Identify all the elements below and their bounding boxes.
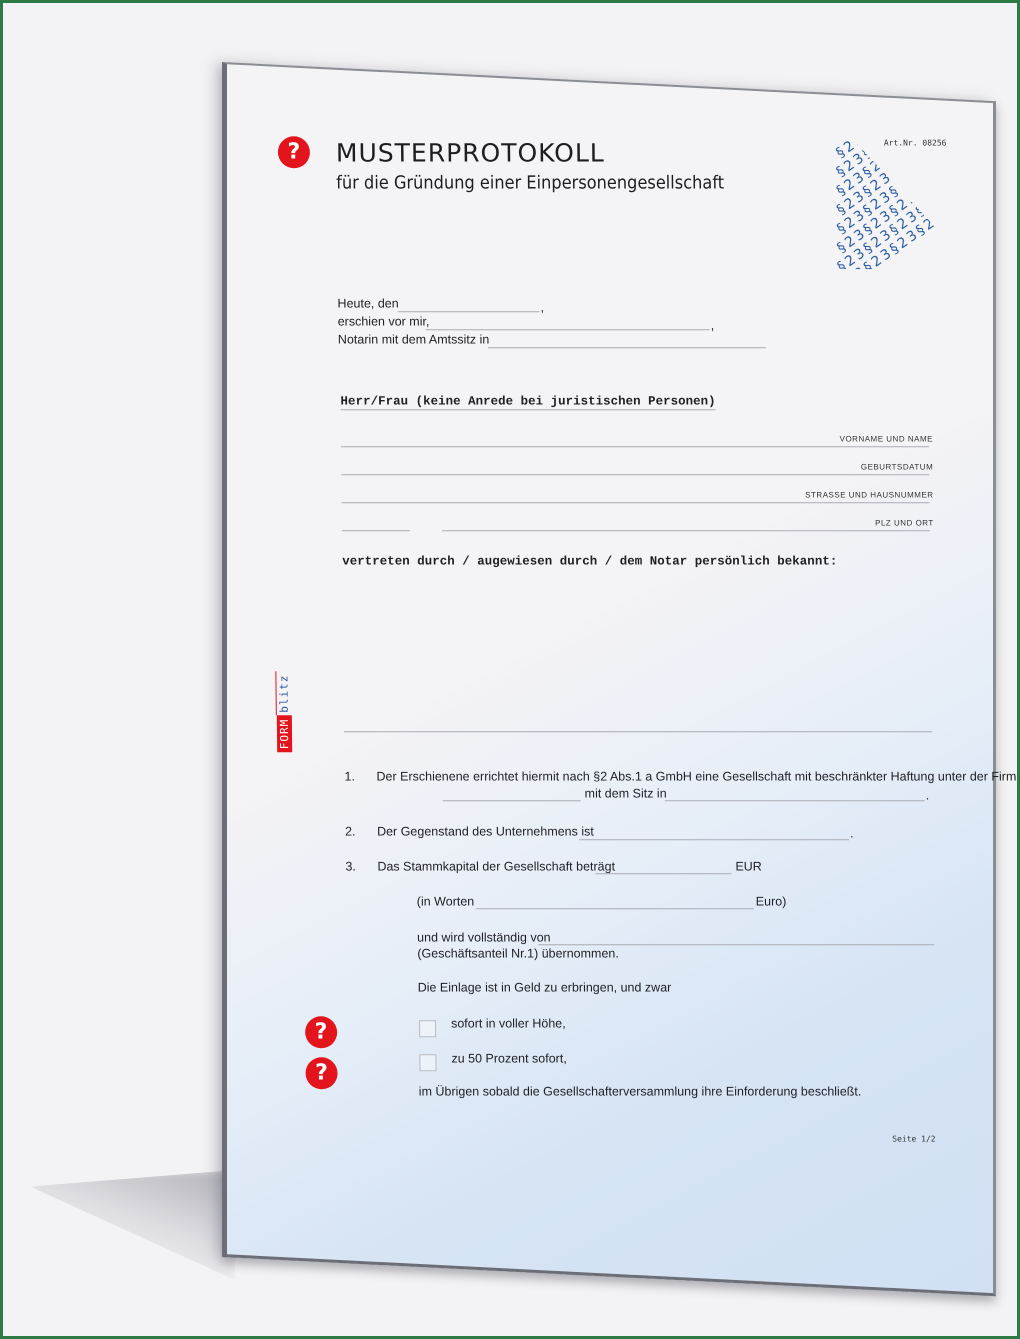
option-full-checkbox[interactable] [419, 1020, 436, 1037]
help-icon[interactable]: ? [305, 1057, 337, 1089]
represented-heading: vertreten durch / augewiesen durch / dem… [342, 554, 837, 568]
section-1-text: Der Erschienene errichtet hiermit nach §… [376, 769, 1020, 783]
notary-seat-field[interactable] [488, 347, 766, 348]
seat-label: Notarin mit dem Amtssitz in [338, 332, 490, 346]
person-heading: Herr/Frau (keine Anrede bei juristischen… [340, 394, 715, 410]
company-seat-field[interactable] [665, 800, 925, 801]
in-words-end: Euro) [756, 894, 787, 908]
period: . [926, 788, 930, 802]
name-field[interactable] [341, 446, 929, 447]
birthdate-field[interactable] [341, 474, 929, 475]
date-field[interactable] [398, 311, 540, 312]
period: . [850, 826, 854, 840]
comma: , [540, 300, 544, 314]
field-label-street: STRASSE UND HAUSNUMMER [805, 490, 933, 499]
page-indicator: Seite 1/2 [892, 1134, 935, 1143]
remainder-text: im Übrigen sobald die Gesellschaftervers… [419, 1084, 862, 1098]
help-icon[interactable]: ? [305, 1016, 337, 1048]
page-shadow [30, 1170, 235, 1280]
takeover-end: (Geschäftsanteil Nr.1) übernommen. [417, 946, 619, 960]
currency-label: EUR [735, 859, 762, 873]
contribution-text: Die Einlage ist in Geld zu erbringen, un… [418, 980, 672, 994]
takeover-label: und wird vollständig von [417, 930, 551, 944]
company-name-field[interactable] [443, 800, 581, 801]
section-number: 2. [345, 824, 356, 838]
city-field[interactable] [442, 530, 930, 531]
comma: , [711, 318, 715, 332]
field-label-birthdate: GEBURTSDATUM [861, 462, 933, 471]
section-number: 1. [344, 769, 355, 783]
representation-field[interactable] [344, 731, 932, 732]
notary-name-field[interactable] [426, 329, 710, 330]
in-words-label: (in Worten [417, 894, 475, 908]
article-number: Art.Nr. 08256 [884, 138, 947, 147]
date-label: Heute, den [337, 296, 398, 310]
capital-in-words-field[interactable] [476, 908, 754, 909]
document-page: ? MUSTERPROTOKOLL für die Gründung einer… [222, 62, 996, 1296]
street-field[interactable] [342, 502, 930, 503]
field-label-zip-city: PLZ UND ORT [875, 518, 934, 527]
help-icon[interactable]: ? [278, 136, 310, 168]
notary-label: erschien vor mir, [338, 314, 430, 328]
option-half-label: zu 50 Prozent sofort, [451, 1051, 566, 1065]
shareholder-field[interactable] [538, 944, 934, 945]
document-title: MUSTERPROTOKOLL [336, 138, 605, 167]
field-label-name: VORNAME UND NAME [840, 434, 933, 443]
formblitz-logo: FORMblitz [275, 672, 292, 753]
section-3-text: Das Stammkapital der Gesellschaft beträg… [377, 859, 615, 873]
zip-field[interactable] [342, 530, 410, 531]
capital-amount-field[interactable] [595, 873, 731, 874]
business-purpose-field[interactable] [579, 839, 849, 840]
option-full-label: sofort in voller Höhe, [451, 1016, 566, 1030]
section-number: 3. [345, 859, 356, 873]
option-half-checkbox[interactable] [419, 1054, 436, 1071]
document-subtitle: für die Gründung einer Einpersonengesell… [336, 172, 724, 193]
seat-label: mit dem Sitz in [585, 786, 667, 800]
section-2-text: Der Gegenstand des Unternehmens ist [377, 824, 594, 838]
